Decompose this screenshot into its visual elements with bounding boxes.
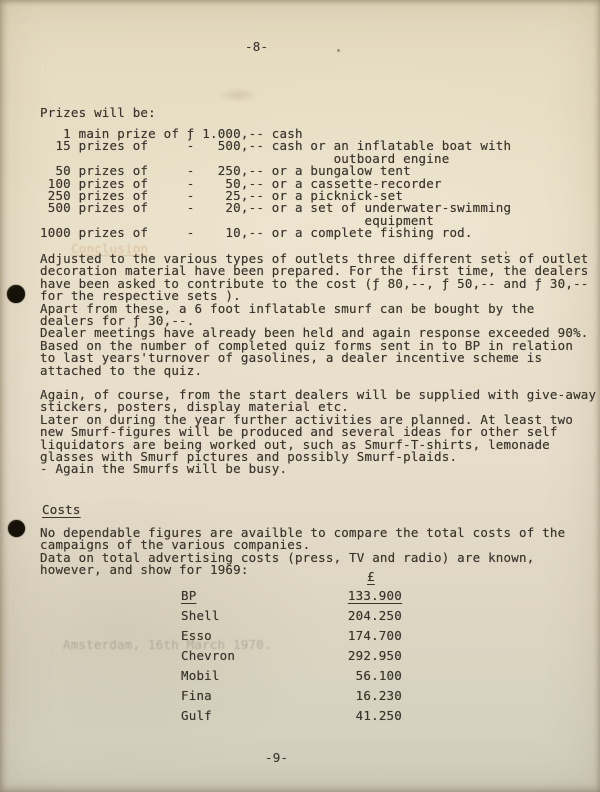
smudge-mark (218, 88, 258, 102)
costs-section-heading: Costs (42, 504, 81, 516)
advertising-costs-table: BP 133.900 Shell 204.250 Esso 174.700 Ch… (0, 590, 600, 730)
cost-value: 292.950 (312, 650, 402, 662)
hole-punch-mark (7, 285, 25, 303)
table-row: Chevron 292.950 (0, 650, 600, 670)
table-row: Mobil 56.100 (0, 670, 600, 690)
cost-value: 56.100 (312, 670, 402, 682)
paper-speck (337, 49, 340, 52)
hole-punch-mark (8, 520, 25, 537)
document-page: -8- Prizes will be: 1 main prize of ƒ 1.… (0, 0, 600, 792)
prizes-intro: Prizes will be: (40, 107, 156, 119)
table-row: Shell 204.250 (0, 610, 600, 630)
cost-value: 174.700 (312, 630, 402, 642)
cost-value: 41.250 (312, 710, 402, 722)
paragraph-costs-body: No dependable figures are availble to co… (40, 527, 565, 577)
page-number-bottom: -9- (265, 752, 288, 764)
company-name: Chevron (181, 650, 235, 662)
table-row: Fina 16.230 (0, 690, 600, 710)
paragraph-outlet-decoration: Adjusted to the various types of outlets… (40, 253, 589, 377)
cost-value: 204.250 (312, 610, 402, 622)
table-row: Esso 174.700 (0, 630, 600, 650)
costs-heading-text: Costs (42, 502, 81, 517)
page-number-top: -8- (245, 41, 268, 53)
company-name: Esso (181, 630, 212, 642)
prize-list: 1 main prize of ƒ 1.000,-- cash 15 prize… (40, 128, 511, 240)
cost-value: 133.900 (312, 590, 402, 602)
company-name: Fina (181, 690, 212, 702)
table-row: Gulf 41.250 (0, 710, 600, 730)
company-name: BP (181, 590, 196, 602)
currency-column-header: £ (367, 571, 375, 583)
company-name: Shell (181, 610, 220, 622)
company-name: Gulf (181, 710, 212, 722)
paragraph-giveaway-activities: Again, of course, from the start dealers… (40, 389, 596, 476)
cost-value: 16.230 (312, 690, 402, 702)
company-name: Mobil (181, 670, 220, 682)
table-row: BP 133.900 (0, 590, 600, 610)
